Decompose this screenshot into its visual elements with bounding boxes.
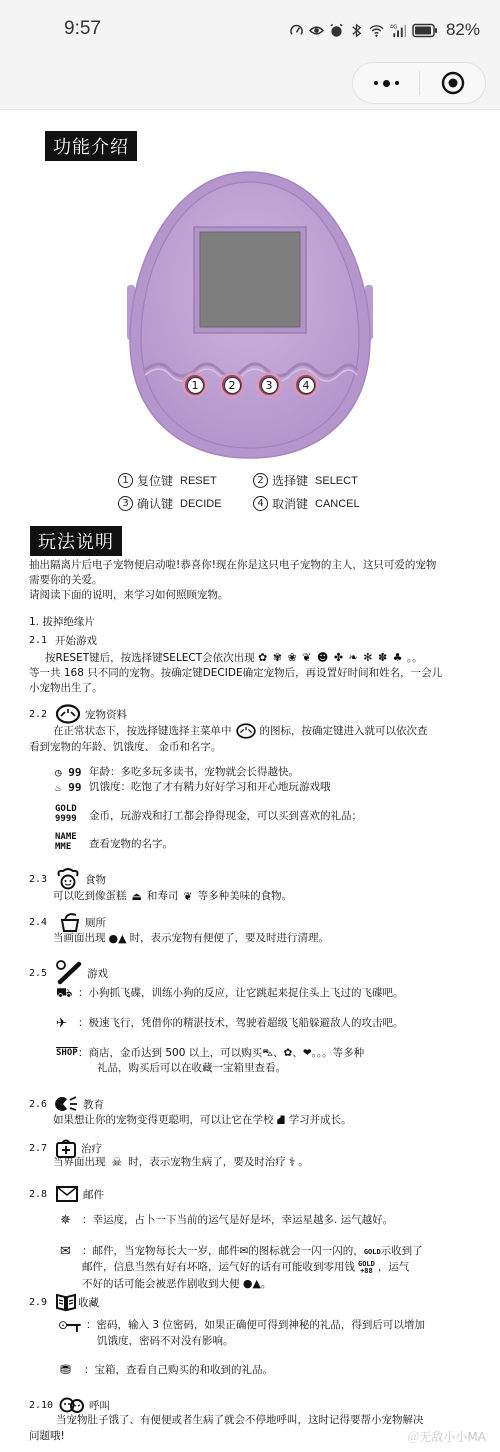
treasure-box-icon: ⛃ bbox=[60, 1363, 80, 1378]
legend-cn: 复位键 bbox=[137, 472, 173, 489]
step-1: 1. 拔掉绝缘片 bbox=[29, 615, 95, 630]
s22-item-hunger: ♨ 99 饥饿度：吃饱了才有精力好好学习和开心地玩游戏哦 bbox=[55, 780, 331, 795]
poop-icon: ●▲ bbox=[109, 931, 127, 946]
text: 、 bbox=[292, 1047, 303, 1059]
s29-item-treasure: ⛃ ：宝箱，查看自己购买的和收到的礼品。 bbox=[60, 1363, 273, 1378]
s25-shop-line-2: 礼品，购买后可以在收藏一宝箱里查看。 bbox=[97, 1061, 286, 1076]
legend-number: 3 bbox=[118, 496, 133, 511]
s22-line-1: 在正常状态下，按选择键选择主菜单中 的图标，按确定键进入就可以依次查 bbox=[53, 723, 428, 739]
cake-icon: ⏏ bbox=[132, 889, 142, 904]
text: ：商店，金币达到 500 以上，可以购买 bbox=[78, 1047, 262, 1059]
spaceship-game-icon: ✈ bbox=[56, 1016, 74, 1031]
section-title-gameplay: 玩法说明 bbox=[30, 526, 122, 556]
heading-title: 收藏 bbox=[78, 1295, 99, 1310]
s29-item-password: ⊙━┳ ：密码，输入 3 位密码，如果正确便可得到神秘的礼品，得到后可以增加 bbox=[58, 1318, 425, 1333]
heading-title: 食物 bbox=[85, 872, 106, 887]
heading-title: 开始游戏 bbox=[55, 633, 97, 648]
bluetooth-icon bbox=[349, 23, 364, 38]
legend-en: RESET bbox=[180, 475, 217, 487]
s25-item-shop: SHOP ：商店，金币达到 500 以上，可以购买⛍、✿、❤。。。等多种 bbox=[56, 1046, 364, 1061]
text: 不好的话可能会被恶作剧收到大便 bbox=[82, 1278, 240, 1290]
legend-en: CANCEL bbox=[315, 498, 360, 510]
name-mme-icon: NAME MME bbox=[55, 832, 85, 852]
text: 当画面出现 bbox=[53, 931, 106, 946]
pet-info-gauge-icon bbox=[235, 723, 257, 739]
text: 的图标就会一闪一闪的， bbox=[248, 1245, 364, 1257]
legend-select: 2 选择键 SELECT bbox=[253, 472, 388, 489]
poop-icon: ●▲ bbox=[243, 1277, 261, 1290]
text: ：商店，金币达到 500 以上，可以购买⛍、✿、❤。。。等多种 bbox=[78, 1046, 364, 1061]
s25-item-dog-frisbee: ⛟ ：小狗抓飞碟，训练小狗的反应，让它跳起来捉住头上飞过的飞碟吧。 bbox=[56, 986, 404, 1001]
legend-number: 1 bbox=[118, 473, 133, 488]
s24-line-1: 当画面出现 ●▲ 时，表示宠物有便便了，要及时进行清理。 bbox=[53, 931, 329, 946]
text: 查看宠物的名字。 bbox=[89, 837, 173, 852]
pet-info-gauge-icon bbox=[55, 704, 81, 724]
heading-2-4: 2.4 厕所 bbox=[29, 912, 106, 932]
signal-4g-icon: 4G bbox=[389, 23, 407, 38]
shop-icon: SHOP bbox=[56, 1046, 74, 1061]
heading-title: 游戏 bbox=[87, 966, 108, 981]
legend-number: 4 bbox=[253, 496, 268, 511]
call-faces-icon bbox=[59, 1396, 85, 1414]
s28-item-lucky: ✵ ：幸运度，占卜一下当前的运气是好是坏，幸运星越多. 运气越好。 bbox=[60, 1213, 393, 1228]
sushi-icon: ❦ bbox=[183, 889, 192, 904]
alarm-icon bbox=[329, 23, 344, 38]
button-label: 3 bbox=[261, 377, 278, 394]
toilet-bucket-icon bbox=[59, 912, 81, 932]
syringe-icon: ⚕ bbox=[289, 1155, 296, 1170]
battery-percent: 82% bbox=[446, 20, 480, 40]
text: 时，表示宠物生病了，要及时治疗 bbox=[128, 1155, 286, 1170]
heading-title: 厕所 bbox=[85, 915, 106, 930]
s28-item-mail: ✉ ：邮件，当宠物每长大一岁，邮件✉的图标就会一闪一闪的，GOLD示收到了 bbox=[60, 1244, 423, 1259]
s210-line-2: 问题哦! bbox=[29, 1429, 65, 1444]
s25-item-spaceship: ✈ ：极速飞行，凭借你的精湛技术，驾驶着超级飞船躲避敌人的攻击吧。 bbox=[56, 1016, 404, 1031]
s21-line-3: 小宠物出生了。 bbox=[29, 681, 103, 696]
text: 按RESET键后，按选择键SELECT会依次出现 bbox=[45, 652, 255, 664]
heading-number: 2.2 bbox=[29, 709, 51, 720]
text: 。 bbox=[298, 1155, 309, 1170]
mail-envelope-icon: ✉ bbox=[60, 1244, 78, 1259]
text: 和寿司 bbox=[147, 889, 179, 904]
text: 示收到了 bbox=[381, 1245, 423, 1257]
text: 学习并成长。 bbox=[289, 1113, 352, 1128]
legend-decide: 3 确认键 DECIDE bbox=[118, 495, 253, 512]
watermark: ＠无敌小小MA bbox=[407, 1428, 486, 1445]
heading-number: 2.10 bbox=[29, 1400, 55, 1411]
svg-text:4G: 4G bbox=[390, 24, 398, 30]
button-label: 2 bbox=[224, 377, 241, 394]
heading-title: 治疗 bbox=[81, 1141, 102, 1156]
gold-9999-icon: GOLD 9999 bbox=[55, 804, 85, 824]
text: 。。 bbox=[407, 652, 423, 664]
heading-number: 2.1 bbox=[29, 635, 51, 646]
text: 年龄：多吃多玩多读书，宠物就会长得越快。 bbox=[89, 765, 299, 780]
education-megaphone-icon bbox=[55, 1095, 79, 1113]
status-time: 9:57 bbox=[64, 18, 101, 40]
s29-password-line-2: 饥饿度，密码不对没有影响。 bbox=[97, 1334, 234, 1349]
heading-2-1: 2.1 开始游戏 bbox=[29, 633, 97, 648]
dot-icon bbox=[395, 81, 399, 85]
heading-title: 宠物资料 bbox=[85, 707, 127, 722]
capsule-menu bbox=[352, 62, 486, 104]
device-button-2: 2 bbox=[219, 372, 245, 398]
pet-sprites-icon: ✿ ✾ ❀ ❦ ☻ ✤ ❧ ✻ ✽ ♣ bbox=[258, 651, 404, 664]
heading-number: 2.4 bbox=[29, 917, 51, 928]
age-99-icon: ◷ 99 bbox=[55, 765, 85, 780]
s28-mail-line-3: 不好的话可能会被恶作剧收到大便 ●▲。 bbox=[82, 1276, 271, 1292]
s26-line-1: 如果想让你的宠物变得更聪明，可以让它在学校 ⛘ 学习并成长。 bbox=[53, 1113, 352, 1128]
device-button-4: 4 bbox=[293, 372, 319, 398]
text: ，运气 bbox=[378, 1260, 410, 1275]
heading-title: 邮件 bbox=[83, 1187, 104, 1202]
heading-number: 2.7 bbox=[29, 1143, 51, 1154]
s23-line-1: 可以吃到像蛋糕 ⏏ 和寿司 ❦ 等多种美味的食物。 bbox=[53, 889, 292, 904]
heading-number: 2.3 bbox=[29, 874, 51, 885]
heading-2-6: 2.6 教育 bbox=[29, 1095, 104, 1113]
legend-number: 2 bbox=[253, 473, 268, 488]
close-button[interactable] bbox=[420, 71, 485, 95]
dot-icon bbox=[383, 80, 390, 87]
dog-frisbee-game-icon: ⛟ bbox=[56, 986, 74, 1001]
text: 。。。等多种 bbox=[312, 1047, 365, 1059]
text: 如果想让你的宠物变得更聪明，可以让它在学校 bbox=[53, 1113, 274, 1128]
target-close-icon bbox=[441, 71, 465, 95]
pixel-text: +88 bbox=[360, 1268, 373, 1275]
gold-plus-88-icon: GOLD +88 bbox=[358, 1261, 375, 1275]
text: 在正常状态下，按选择键选择主菜单中 bbox=[53, 724, 232, 739]
gift-heart-icon: ❤ bbox=[303, 1047, 312, 1059]
text: 等多种美味的食物。 bbox=[198, 889, 293, 904]
mail-envelope-icon: ✉ bbox=[240, 1245, 249, 1257]
dot-icon bbox=[374, 81, 378, 85]
s22-item-name: NAME MME 查看宠物的名字。 bbox=[55, 832, 173, 852]
text: 、 bbox=[273, 1047, 284, 1059]
text: 邮件，信息当然有好有坏咯，运气好的话有可能收到零用钱 bbox=[82, 1260, 355, 1275]
text: ：极速飞行，凭借你的精湛技术，驾驶着超级飞船躲避敌人的攻击吧。 bbox=[78, 1016, 404, 1031]
pixel-text: 9999 bbox=[55, 814, 85, 824]
heading-2-8: 2.8 邮件 bbox=[29, 1185, 104, 1203]
heading-2-2: 2.2 宠物资料 bbox=[29, 704, 127, 724]
lucky-star-icon: ✵ bbox=[60, 1213, 78, 1228]
intro-line-3: 请阅读下面的说明，来学习如何照顾宠物。 bbox=[29, 588, 229, 603]
s22-item-age: ◷ 99 年龄：多吃多玩多读书，宠物就会长得越快。 bbox=[55, 765, 299, 780]
pixel-text: NAME bbox=[55, 832, 85, 842]
text: ：密码，输入 3 位密码，如果正确便可得到神秘的礼品，得到后可以增加 bbox=[86, 1318, 425, 1333]
legend-cn: 取消键 bbox=[272, 495, 308, 512]
food-chef-icon bbox=[55, 868, 81, 890]
text: 的图标，按确定键进入就可以依次查 bbox=[260, 724, 428, 739]
legend-reset: 1 复位键 RESET bbox=[118, 472, 253, 489]
s22-item-gold: GOLD 9999 金币，玩游戏和打工都会挣得现金，可以买到喜欢的礼品； bbox=[55, 804, 362, 824]
status-bar: 9:57 4G 82% bbox=[0, 0, 500, 62]
sick-skull-icon: ☠ bbox=[112, 1155, 123, 1170]
heading-2-10: 2.10 呼叫 bbox=[29, 1396, 110, 1414]
section-title-features: 功能介绍 bbox=[45, 131, 137, 161]
pixel-text: GOLD bbox=[55, 804, 85, 814]
legend-cn: 选择键 bbox=[272, 472, 308, 489]
heading-2-5: 2.5 游戏 bbox=[29, 960, 108, 986]
s21-line-2: 等一共 168 只不同的宠物。按确定键DECIDE确定宠物后，再设置好时间和姓名… bbox=[29, 666, 442, 681]
battery-icon bbox=[412, 23, 438, 38]
wifi-icon bbox=[369, 23, 384, 38]
mail-envelope-icon bbox=[55, 1185, 79, 1203]
text: ：邮件，当宠物每长大一岁，邮件 bbox=[82, 1245, 240, 1257]
s22-line-2: 看到宠物的年龄、饥饿度、 金币和名字。 bbox=[29, 740, 221, 755]
s21-line-1: 按RESET键后，按选择键SELECT会依次出现 ✿ ✾ ❀ ❦ ☻ ✤ ❧ ✻… bbox=[45, 650, 423, 666]
heading-title: 教育 bbox=[83, 1097, 104, 1112]
text: 当界面出现 bbox=[53, 1155, 106, 1170]
device-button-1: 1 bbox=[182, 372, 208, 398]
button-legend: 1 复位键 RESET 2 选择键 SELECT 3 确认键 DECIDE 4 … bbox=[118, 472, 388, 518]
text: ：宝箱，查看自己购买的和收到的礼品。 bbox=[84, 1363, 273, 1378]
pixel-text: MME bbox=[55, 842, 85, 852]
school-icon: ⛘ bbox=[277, 1113, 286, 1128]
legend-en: SELECT bbox=[315, 475, 358, 487]
heading-number: 2.8 bbox=[29, 1189, 51, 1200]
collection-book-icon bbox=[55, 1292, 77, 1312]
eye-icon bbox=[309, 23, 324, 38]
gold-plus-88-icon: GOLD bbox=[364, 1248, 381, 1256]
more-button[interactable] bbox=[353, 63, 419, 103]
text: 可以吃到像蛋糕 bbox=[53, 889, 127, 904]
legend-cn: 确认键 bbox=[137, 495, 173, 512]
legend-en: DECIDE bbox=[180, 498, 222, 510]
text: ：小狗抓飞碟，训练小狗的反应，让它跳起来捉住头上飞过的飞碟吧。 bbox=[78, 986, 404, 1001]
heading-2-9: 2.9 收藏 bbox=[29, 1292, 99, 1312]
heading-number: 2.5 bbox=[29, 968, 51, 979]
s27-line-1: 当界面出现 ☠ 时，表示宠物生病了，要及时治疗 ⚕ 。 bbox=[53, 1155, 309, 1170]
document-content: 功能介绍 1 2 3 4 bbox=[0, 110, 500, 1452]
text: ：邮件，当宠物每长大一岁，邮件✉的图标就会一闪一闪的，GOLD示收到了 bbox=[82, 1244, 423, 1259]
heading-2-3: 2.3 食物 bbox=[29, 868, 106, 890]
legend-cancel: 4 取消键 CANCEL bbox=[253, 495, 388, 512]
mini-program-nav-bar bbox=[0, 62, 500, 110]
tamagotchi-device-illustration: 1 2 3 4 bbox=[125, 170, 375, 460]
heading-number: 2.6 bbox=[29, 1099, 51, 1110]
intro-line-1: 抽出隔离片后电子宠物便启动啦!恭喜你!现在你是这只电子宠物的主人，这只可爱的宠物 bbox=[29, 558, 436, 573]
heading-title: 呼叫 bbox=[89, 1398, 110, 1413]
game-bat-ball-icon bbox=[55, 960, 83, 986]
gift-car-icon: ⛍ bbox=[262, 1047, 273, 1059]
button-label: 1 bbox=[187, 377, 204, 394]
speed-icon bbox=[289, 23, 304, 38]
status-icons: 4G 82% bbox=[289, 20, 480, 40]
device-svg bbox=[125, 170, 375, 460]
button-label: 4 bbox=[298, 377, 315, 394]
text: 饥饿度：吃饱了才有精力好好学习和开心地玩游戏哦 bbox=[89, 780, 331, 795]
s28-mail-line-2: 邮件，信息当然有好有坏咯，运气好的话有可能收到零用钱 GOLD +88 ，运气 bbox=[82, 1260, 409, 1275]
text: ：幸运度，占卜一下当前的运气是好是坏，幸运星越多. 运气越好。 bbox=[82, 1213, 393, 1228]
device-button-3: 3 bbox=[256, 372, 282, 398]
text: 时，表示宠物有便便了，要及时进行清理。 bbox=[130, 931, 330, 946]
hunger-99-icon: ♨ 99 bbox=[55, 780, 85, 795]
text: 金币，玩游戏和打工都会挣得现金，可以买到喜欢的礼品； bbox=[89, 809, 362, 824]
heading-number: 2.9 bbox=[29, 1297, 51, 1308]
s210-line-1: 当宠物肚子饿了、有便便或者生病了就会不停地呼叫，这时记得要帮小宠物解决 bbox=[56, 1413, 424, 1428]
intro-line-2: 需要你的关爱。 bbox=[29, 573, 103, 588]
